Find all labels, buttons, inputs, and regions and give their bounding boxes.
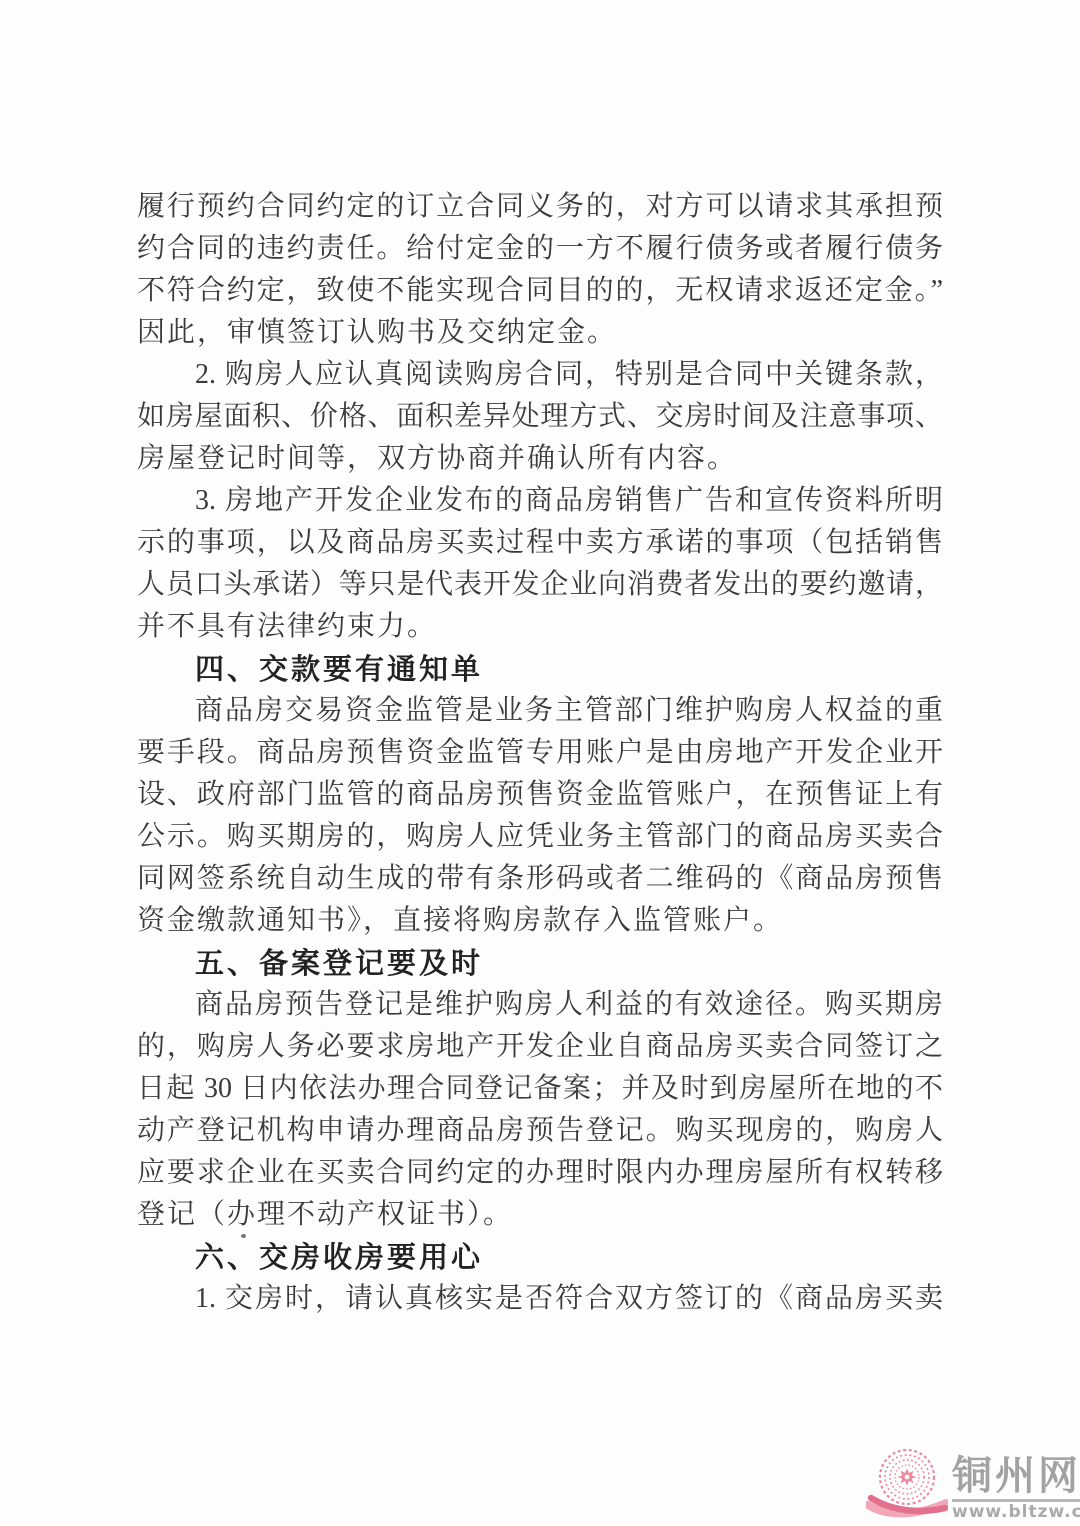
document-line: 1. 交房时，请认真核实是否符合双方签订的《商品房买卖 xyxy=(137,1278,943,1320)
document-line: 履行预约合同约定的订立合同义务的，对方可以请求其承担预 xyxy=(137,186,943,228)
document-line: 动产登记机构申请办理商品房预告登记。购买现房的，购房人 xyxy=(137,1110,943,1152)
document-line: 约合同的违约责任。给付定金的一方不履行债务或者履行债务 xyxy=(137,228,943,270)
document-line: 日起 30 日内依法办理合同登记备案；并及时到房屋所在地的不 xyxy=(137,1068,943,1110)
document-line: 公示。购买期房的，购房人应凭业务主管部门的商品房买卖合 xyxy=(137,816,943,858)
document-line: 登记（办理不动产权证书）。 xyxy=(137,1194,943,1236)
document-line: 因此，审慎签订认购书及交纳定金。 xyxy=(137,312,943,354)
section-heading-6: 六、交房收房要用心 xyxy=(137,1236,943,1278)
seal-ribbon-logo-icon xyxy=(866,1446,948,1524)
document-line: 3. 房地产开发企业发布的商品房销售广告和宣传资料所明 xyxy=(137,480,943,522)
document-line: 要手段。商品房预售资金监管专用账户是由房地产开发企业开 xyxy=(137,732,943,774)
document-line: 同网签系统自动生成的带有条形码或者二维码的《商品房预售 xyxy=(137,858,943,900)
scan-ink-speck xyxy=(241,1234,246,1238)
watermark-site-url: www.bltzw.com xyxy=(952,1503,1080,1521)
scanned-document-page: 履行预约合同约定的订立合同义务的，对方可以请求其承担预 约合同的违约责任。给付定… xyxy=(0,0,1080,1526)
document-line: 并不具有法律约束力。 xyxy=(137,606,943,648)
document-line: 资金缴款通知书》，直接将购房款存入监管账户。 xyxy=(137,900,943,942)
document-line: 应要求企业在买卖合同约定的办理时限内办理房屋所有权转移 xyxy=(137,1152,943,1194)
watermark-site-name: 铜州网 xyxy=(952,1454,1080,1498)
document-line: 如房屋面积、价格、面积差异处理方式、交房时间及注意事项、 xyxy=(137,396,943,438)
document-line: 房屋登记时间等，双方协商并确认所有内容。 xyxy=(137,438,943,480)
document-text-block: 履行预约合同约定的订立合同义务的，对方可以请求其承担预 约合同的违约责任。给付定… xyxy=(137,186,943,1320)
document-line: 商品房预告登记是维护购房人利益的有效途径。购买期房 xyxy=(137,984,943,1026)
watermark: 铜州网 www.bltzw.com xyxy=(866,1446,1080,1524)
document-line: 示的事项，以及商品房买卖过程中卖方承诺的事项（包括销售 xyxy=(137,522,943,564)
section-heading-4: 四、交款要有通知单 xyxy=(137,648,943,690)
document-line: 2. 购房人应认真阅读购房合同，特别是合同中关键条款， xyxy=(137,354,943,396)
watermark-text: 铜州网 www.bltzw.com xyxy=(952,1446,1080,1521)
document-line: 商品房交易资金监管是业务主管部门维护购房人权益的重 xyxy=(137,690,943,732)
section-heading-5: 五、备案登记要及时 xyxy=(137,942,943,984)
document-line: 的，购房人务必要求房地产开发企业自商品房买卖合同签订之 xyxy=(137,1026,943,1068)
document-line: 不符合约定，致使不能实现合同目的的，无权请求返还定金。” xyxy=(137,270,943,312)
document-line: 设、政府部门监管的商品房预售资金监管账户，在预售证上有 xyxy=(137,774,943,816)
document-line: 人员口头承诺）等只是代表开发企业向消费者发出的要约邀请， xyxy=(137,564,943,606)
